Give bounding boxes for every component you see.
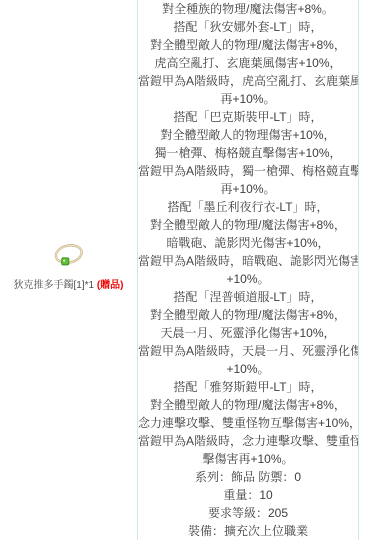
description-line: 對全體型敵人的物理/魔法傷害+8%， bbox=[138, 396, 358, 414]
description-line: +10%。 bbox=[138, 360, 358, 378]
description-line: 當鎧甲為A階級時，暗戰砲、詭影閃光傷害再 bbox=[138, 252, 358, 270]
item-name-label: 狄克推多手鐲[1]*1 (贈品) bbox=[0, 279, 137, 293]
description-line: 當鎧甲為A階級時，獨一槍彈、梅格競直擊傷害 bbox=[138, 162, 358, 180]
item-icon-wrap bbox=[0, 240, 137, 275]
stats-lines: 系列：飾品 防禦：0重量：10要求等級：205裝備：擴充次上位職業 bbox=[138, 468, 358, 540]
description-line: 裝備：擴充次上位職業 bbox=[138, 522, 358, 540]
description-line: 念力連擊攻擊、雙重怪物互擊傷害+10%， bbox=[138, 414, 358, 432]
description-line: 搭配「墨丘利夜行衣-LT」時， bbox=[138, 198, 358, 216]
description-line: 再+10%。 bbox=[138, 90, 358, 108]
description-line: 擊傷害再+10%。 bbox=[138, 450, 358, 468]
description-line: 當鎧甲為A階級時，念力連擊攻擊、雙重怪物互 bbox=[138, 432, 358, 450]
description-line: 天晨一月、死靈淨化傷害+10%， bbox=[138, 324, 358, 342]
description-line: 再+10%。 bbox=[138, 180, 358, 198]
item-cell: 狄克推多手鐲[1]*1 (贈品) bbox=[0, 0, 137, 540]
description-line: 要求等級：205 bbox=[138, 504, 358, 522]
description-lines: 對全種族的物理/魔法傷害+8%。搭配「狄安娜外套-LT」時，對全體型敵人的物理/… bbox=[138, 0, 358, 468]
description-line: 虎高空亂打、玄鹿葉風傷害+10%， bbox=[138, 54, 358, 72]
description-line: 系列：飾品 防禦：0 bbox=[138, 468, 358, 486]
description-line: 搭配「涅普頓道服-LT」時， bbox=[138, 288, 358, 306]
description-line: 對全體型敵人的物理/魔法傷害+8%， bbox=[138, 306, 358, 324]
description-line: 重量：10 bbox=[138, 486, 358, 504]
description-line: 搭配「雅努斯鎧甲-LT」時， bbox=[138, 378, 358, 396]
description-line: 暗戰砲、詭影閃光傷害+10%， bbox=[138, 234, 358, 252]
item-description-cell: 對全種族的物理/魔法傷害+8%。搭配「狄安娜外套-LT」時，對全體型敵人的物理/… bbox=[137, 0, 359, 540]
item-name-text: 狄克推多手鐲[1]*1 bbox=[13, 280, 94, 291]
item-detail-page: 狄克推多手鐲[1]*1 (贈品) 對全種族的物理/魔法傷害+8%。搭配「狄安娜外… bbox=[0, 0, 366, 540]
description-line: 當鎧甲為A階級時，虎高空亂打、玄鹿葉風傷害 bbox=[138, 72, 358, 90]
description-line: 對全體型敵人的物理/魔法傷害+8%， bbox=[138, 36, 358, 54]
description-line: +10%。 bbox=[138, 270, 358, 288]
description-line: 搭配「狄安娜外套-LT」時， bbox=[138, 18, 358, 36]
description-line: 對全體型敵人的物理傷害+10%， bbox=[138, 126, 358, 144]
gift-tag: (贈品) bbox=[97, 280, 124, 291]
bracelet-icon bbox=[50, 240, 88, 270]
description-line: 對全種族的物理/魔法傷害+8%。 bbox=[138, 0, 358, 18]
description-line: 搭配「巴克斯裝甲-LT」時， bbox=[138, 108, 358, 126]
description-line: 對全體型敵人的物理/魔法傷害+8%， bbox=[138, 216, 358, 234]
description-line: 當鎧甲為A階級時，天晨一月、死靈淨化傷害再 bbox=[138, 342, 358, 360]
description-line: 獨一槍彈、梅格競直擊傷害+10%， bbox=[138, 144, 358, 162]
